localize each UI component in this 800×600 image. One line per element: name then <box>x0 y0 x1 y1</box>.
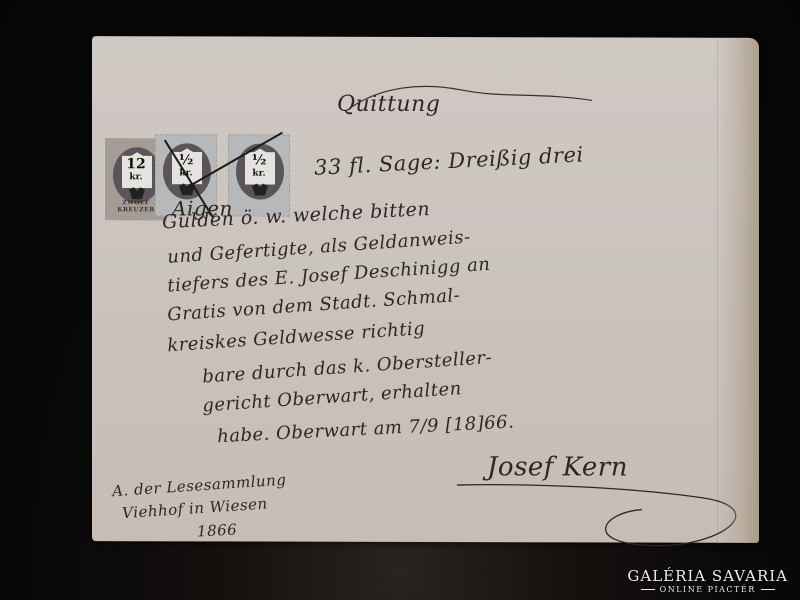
body-line-1: 33 fl. Sage: Dreißig drei <box>314 142 585 179</box>
body-line-9: habe. Oberwart am 7/9 [18]66. <box>217 411 515 447</box>
watermark-rule-left <box>641 589 655 590</box>
watermark: GALÉRIA SAVARIA ONLINE PIACTÉR <box>627 567 788 594</box>
watermark-title: GALÉRIA SAVARIA <box>627 567 788 585</box>
signature-flourish-icon <box>452 467 732 558</box>
revenue-stamp-3: ½ kr. <box>228 134 290 216</box>
watermark-subtitle: ONLINE PIACTÉR <box>660 585 756 594</box>
body-line-6: kreiskes Geldwesse richtig <box>167 318 426 356</box>
watermark-rule-right <box>761 589 775 590</box>
watermark-subtitle-row: ONLINE PIACTÉR <box>627 585 788 594</box>
margin-note-line-2: Viehhof in Wiesen <box>122 495 269 523</box>
receipt-paper: Quittung 12 kr. ZWÖLF KREUZER ½ kr. ½ kr… <box>92 36 759 543</box>
heading-flourish-icon <box>342 82 602 123</box>
margin-note-line-3: 1866 <box>197 520 238 540</box>
